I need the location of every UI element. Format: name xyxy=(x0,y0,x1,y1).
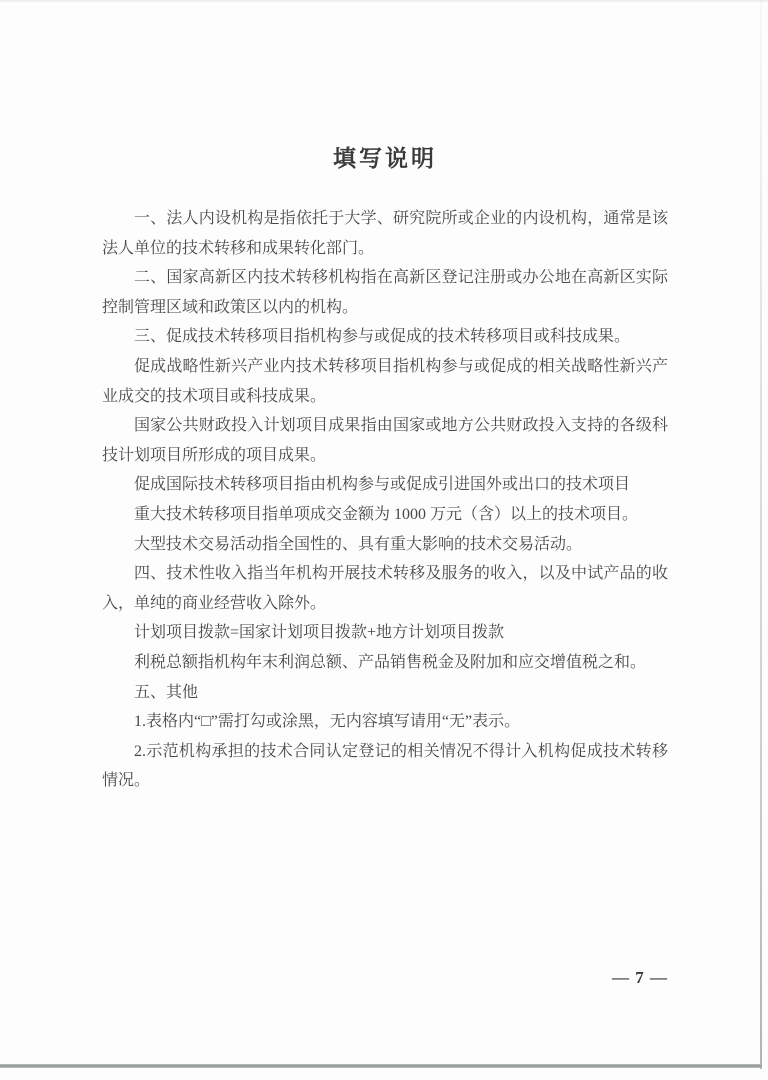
paragraph-2: 二、国家高新区内技术转移机构指在高新区登记注册或办公地在高新区实际控制管理区域和… xyxy=(102,263,668,322)
paragraph-4: 促成战略性新兴产业内技术转移项目指机构参与或促成的相关战略性新兴产业成交的技术项… xyxy=(102,352,668,411)
page-edge-top xyxy=(0,0,768,2)
scanned-document-page: 填写说明 一、法人内设机构是指依托于大学、研究院所或企业的内设机构，通常是该法人… xyxy=(0,0,768,1080)
document-title: 填写说明 xyxy=(102,140,668,173)
document-body: 一、法人内设机构是指依托于大学、研究院所或企业的内设机构，通常是该法人单位的技术… xyxy=(102,204,668,796)
page-edge-right xyxy=(760,0,762,1069)
paragraph-9: 四、技术性收入指当年机构开展技术转移及服务的收入，以及中试产品的收入，单纯的商业… xyxy=(102,559,668,618)
paragraph-8: 大型技术交易活动指全国性的、具有重大影响的技术交易活动。 xyxy=(102,530,668,560)
page-edge-bottom xyxy=(0,1064,762,1068)
paragraph-12: 五、其他 xyxy=(102,678,668,708)
paragraph-7: 重大技术转移项目指单项成交金额为 1000 万元（含）以上的技术项目。 xyxy=(102,500,668,530)
page-number: — 7 — xyxy=(102,968,668,988)
paragraph-3: 三、促成技术转移项目指机构参与或促成的技术转移项目或科技成果。 xyxy=(102,322,668,352)
paragraph-11: 利税总额指机构年末利润总额、产品销售税金及附加和应交增值税之和。 xyxy=(102,648,668,678)
paragraph-5: 国家公共财政投入计划项目成果指由国家或地方公共财政投入支持的各级科技计划项目所形… xyxy=(102,411,668,470)
paragraph-6: 促成国际技术转移项目指由机构参与或促成引进国外或出口的技术项目 xyxy=(102,470,668,500)
paragraph-10: 计划项目拨款=国家计划项目拨款+地方计划项目拨款 xyxy=(102,618,668,648)
paragraph-1: 一、法人内设机构是指依托于大学、研究院所或企业的内设机构，通常是该法人单位的技术… xyxy=(102,204,668,263)
paragraph-14: 2.示范机构承担的技术合同认定登记的相关情况不得计入机构促成技术转移情况。 xyxy=(102,737,668,796)
paragraph-13: 1.表格内“□”需打勾或涂黑，无内容填写请用“无”表示。 xyxy=(102,707,668,737)
